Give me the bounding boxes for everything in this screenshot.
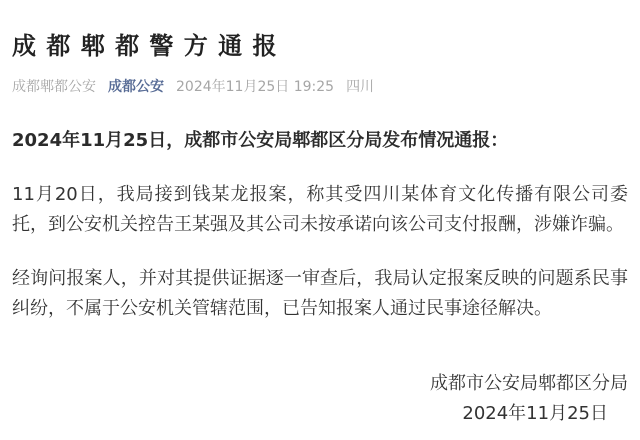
lead-paragraph: 2024年11月25日，成都市公安局郫都区分局发布情况通报： [12,126,628,156]
article-meta-row: 成都郫都公安 成都公安 2024年11月25日 19:25 四川 [12,78,628,97]
signature-date: 2024年11月25日 [12,399,628,429]
publish-timestamp: 2024年11月25日 19:25 [176,78,334,97]
signature-block: 成都市公安局郫都区分局 2024年11月25日 [12,369,628,429]
signature-organization: 成都市公安局郫都区分局 [12,369,628,399]
body-paragraph-1: 11月20日，我局接到钱某龙报案，称其受四川某体育文化传播有限公司委托，到公安机… [12,180,628,240]
article-page: 成 都 郫 都 警 方 通 报 成都郫都公安 成都公安 2024年11月25日 … [0,0,640,440]
body-paragraph-2: 经询问报案人，并对其提供证据逐一审查后，我局认定报案反映的问题系民事纠纷，不属于… [12,264,628,324]
article-body: 2024年11月25日，成都市公安局郫都区分局发布情况通报： 11月20日，我局… [12,126,628,429]
account-link[interactable]: 成都公安 [108,78,164,97]
author-name: 成都郫都公安 [12,78,96,97]
article-title: 成 都 郫 都 警 方 通 报 [12,30,628,62]
publish-location: 四川 [346,78,374,97]
